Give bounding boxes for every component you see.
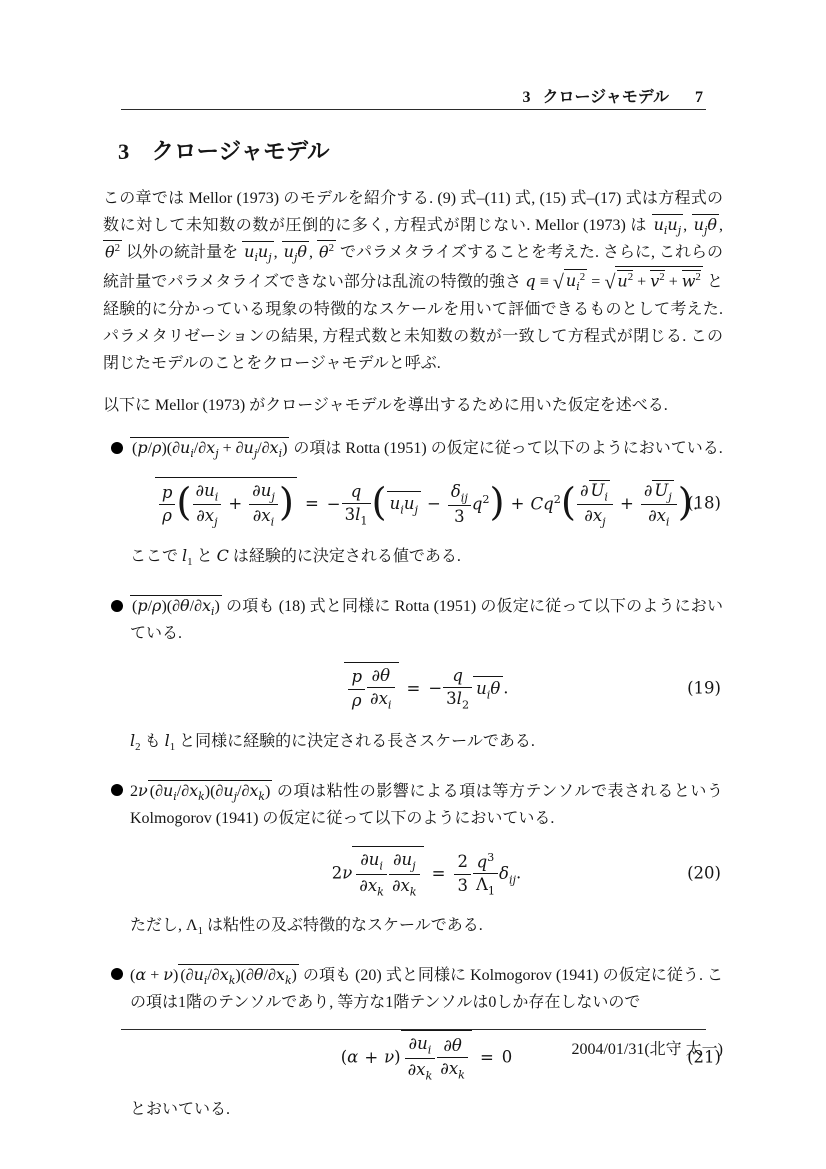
list-item-rotta-stress: (p/ρ)(∂ui/∂xj + ∂uj/∂xi) の項は Rotta (1951… [103,435,723,576]
assumption-note: とおいている. [130,1096,723,1123]
equation-18-body: pρ(∂ui∂xj+∂uj∂xi)=−q3l1(uiuj−δij3q2)+Cq2… [155,477,698,530]
equation-20-body: 2ν∂ui∂xk∂uj∂xk=23q3Λ1δij. [332,846,522,899]
equation-19-number: (19) [687,678,721,697]
bullet-icon [111,600,123,612]
footer-rule [121,1029,706,1030]
equation-20: 2ν∂ui∂xk∂uj∂xk=23q3Λ1δij. (20) [130,842,723,904]
footer-date-author: 2004/01/31(北守 太一) [103,1036,723,1059]
bullet-icon [111,442,123,454]
assumption-lead: (α + ν)(∂ui/∂xk)(∂θ/∂xk) の項も (20) 式と同様に … [130,961,723,1016]
paragraph-assumptions-intro: 以下に Mellor (1973) がクロージャモデルを導出するために用いた仮定… [103,392,723,419]
bullet-icon [111,968,123,980]
running-header: 3 クロージャモデル 7 [103,84,723,106]
equation-19-body: pρ∂θ∂xi=−q3l2uiθ. [344,662,508,713]
assumption-note: l2 も l1 と同様に経験的に決定される長さスケールである. [130,727,723,761]
assumption-note: ここで l1 と C は経験的に決定される値である. [130,542,723,576]
assumption-lead: (p/ρ)(∂θ/∂xi) の項も (18) 式と同様に Rotta (1951… [130,593,723,647]
assumption-lead: (p/ρ)(∂ui/∂xj + ∂uj/∂xi) の項は Rotta (1951… [130,435,723,462]
section-heading: 3 クロージャモデル [118,137,723,167]
equation-20-number: (20) [687,863,721,882]
equation-18-number: (18) [687,494,721,513]
header-page-number: 7 [695,89,703,107]
list-item-kolmogorov-dissipation: 2ν(∂ui/∂xk)(∂uj/∂xk) の項は粘性の影響による項は等方テンソル… [103,777,723,945]
header-section-number: 3 [522,89,530,107]
page-footer: 2004/01/31(北守 太一) [103,1026,723,1059]
equation-19: pρ∂θ∂xi=−q3l2uiθ. (19) [130,657,723,719]
header-section-title: クロージャモデル [542,84,669,107]
list-item-rotta-heatflux: (p/ρ)(∂θ/∂xi) の項も (18) 式と同様に Rotta (1951… [103,593,723,761]
section-number: 3 [118,139,129,164]
document-page: 3 クロージャモデル 7 3 クロージャモデル この章では Mellor (19… [0,0,826,1169]
assumption-note: ただし, Λ1 は粘性の及ぶ特徴的なスケールである. [130,912,723,945]
header-rule [121,109,706,110]
assumption-lead: 2ν(∂ui/∂xk)(∂uj/∂xk) の項は粘性の影響による項は等方テンソル… [130,777,723,832]
bullet-icon [111,784,123,796]
assumption-list: (p/ρ)(∂ui/∂xj + ∂uj/∂xi) の項は Rotta (1951… [103,435,723,1123]
equation-18: pρ(∂ui∂xj+∂uj∂xi)=−q3l1(uiuj−δij3q2)+Cq2… [130,472,723,534]
section-title: クロージャモデル [152,139,330,164]
paragraph-intro: この章では Mellor (1973) のモデルを紹介する. (9) 式–(11… [103,185,723,377]
